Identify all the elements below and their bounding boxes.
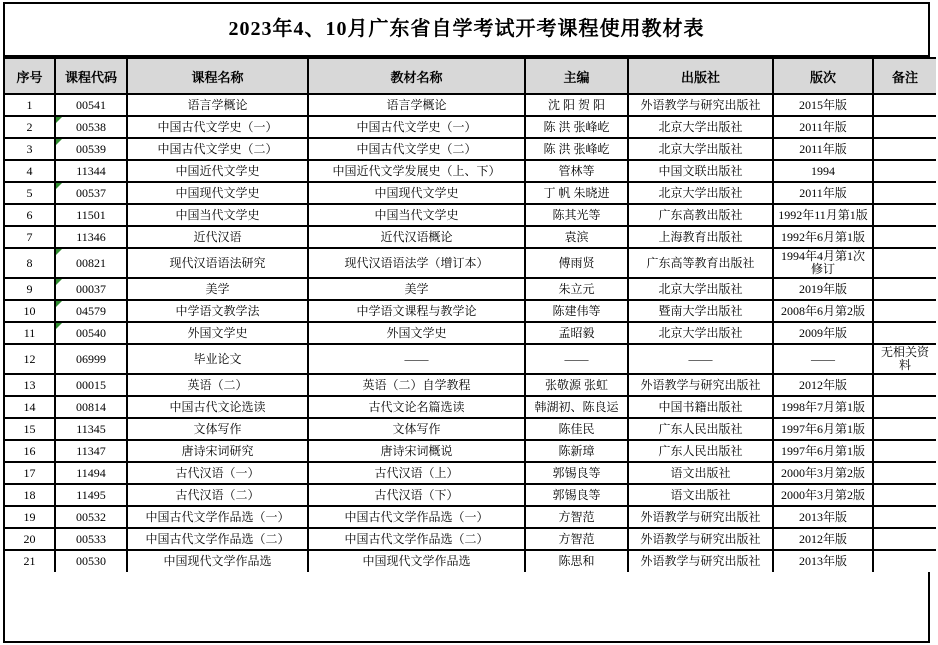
cell-index: 12 xyxy=(5,344,55,374)
text-stored-as-number-marker-icon xyxy=(56,323,62,329)
cell-publisher: 外语教学与研究出版社 xyxy=(628,506,773,528)
table-row: 1100540外国文学史外国文学史孟昭毅北京大学出版社2009年版 xyxy=(5,322,936,344)
cell-course: 现代汉语语法研究 xyxy=(127,248,308,278)
cell-remark xyxy=(873,204,936,226)
cell-course: 中国近代文学史 xyxy=(127,160,308,182)
cell-textbook: 中国现代文学史 xyxy=(308,182,525,204)
table-row: 200538中国古代文学史（一）中国古代文学史（一）陈 洪 张峰屹北京大学出版社… xyxy=(5,116,936,138)
cell-course: 古代汉语（一） xyxy=(127,462,308,484)
cell-index: 16 xyxy=(5,440,55,462)
table-row: 1611347唐诗宋词研究唐诗宋词概说陈新璋广东人民出版社1997年6月第1版 xyxy=(5,440,936,462)
cell-textbook: 语言学概论 xyxy=(308,94,525,116)
cell-publisher: —— xyxy=(628,344,773,374)
cell-edition: 2011年版 xyxy=(773,116,873,138)
cell-editor: 孟昭毅 xyxy=(525,322,628,344)
table-row: 611501中国当代文学史中国当代文学史陈其光等广东高教出版社1992年11月第… xyxy=(5,204,936,226)
cell-edition: —— xyxy=(773,344,873,374)
cell-edition: 2011年版 xyxy=(773,182,873,204)
cell-course: 中国古代文学史（二） xyxy=(127,138,308,160)
text-stored-as-number-marker-icon xyxy=(56,249,62,255)
cell-index: 2 xyxy=(5,116,55,138)
text-stored-as-number-marker-icon xyxy=(56,183,62,189)
cell-remark xyxy=(873,528,936,550)
cell-editor: 陈佳民 xyxy=(525,418,628,440)
table-row: 1004579中学语文教学法中学语文课程与教学论陈建伟等暨南大学出版社2008年… xyxy=(5,300,936,322)
cell-code: 11345 xyxy=(55,418,127,440)
cell-course: 中国古代文学作品选（一） xyxy=(127,506,308,528)
column-header-textbook: 教材名称 xyxy=(308,58,525,94)
text-stored-as-number-marker-icon xyxy=(56,279,62,285)
table-row: 1511345文体写作文体写作陈佳民广东人民出版社1997年6月第1版 xyxy=(5,418,936,440)
cell-edition: 2000年3月第2版 xyxy=(773,484,873,506)
cell-edition: 2019年版 xyxy=(773,278,873,300)
cell-editor: 朱立元 xyxy=(525,278,628,300)
cell-editor: 方智范 xyxy=(525,506,628,528)
cell-editor: 陈其光等 xyxy=(525,204,628,226)
cell-index: 8 xyxy=(5,248,55,278)
cell-code: 00015 xyxy=(55,374,127,396)
cell-course: 中国现代文学史 xyxy=(127,182,308,204)
cell-remark xyxy=(873,462,936,484)
cell-remark xyxy=(873,506,936,528)
cell-course: 中国古代文学作品选（二） xyxy=(127,528,308,550)
cell-remark xyxy=(873,160,936,182)
cell-course: 中国古代文论选读 xyxy=(127,396,308,418)
cell-editor: 陈 洪 张峰屹 xyxy=(525,116,628,138)
table-row: 1711494古代汉语（一）古代汉语（上）郭锡良等语文出版社2000年3月第2版 xyxy=(5,462,936,484)
cell-edition: 1994年4月第1次修订 xyxy=(773,248,873,278)
cell-code: 00540 xyxy=(55,322,127,344)
cell-code: 11344 xyxy=(55,160,127,182)
cell-edition: 2015年版 xyxy=(773,94,873,116)
cell-index: 14 xyxy=(5,396,55,418)
cell-editor: 陈 洪 张峰屹 xyxy=(525,138,628,160)
cell-code: 00539 xyxy=(55,138,127,160)
cell-course: 中国现代文学作品选 xyxy=(127,550,308,572)
table-row: 411344中国近代文学史中国近代文学发展史（上、下）管林等中国文联出版社199… xyxy=(5,160,936,182)
table-row: 2000533中国古代文学作品选（二）中国古代文学作品选（二）方智范外语教学与研… xyxy=(5,528,936,550)
cell-code: 00037 xyxy=(55,278,127,300)
document-title: 2023年4、10月广东省自学考试开考课程使用教材表 xyxy=(5,4,928,57)
cell-textbook: 中国现代文学作品选 xyxy=(308,550,525,572)
cell-publisher: 语文出版社 xyxy=(628,484,773,506)
column-header-code: 课程代码 xyxy=(55,58,127,94)
cell-remark xyxy=(873,248,936,278)
cell-edition: 1992年11月第1版 xyxy=(773,204,873,226)
cell-textbook: 中国古代文学作品选（一） xyxy=(308,506,525,528)
cell-publisher: 暨南大学出版社 xyxy=(628,300,773,322)
cell-index: 3 xyxy=(5,138,55,160)
cell-editor: 张敬源 张虹 xyxy=(525,374,628,396)
cell-course: 唐诗宋词研究 xyxy=(127,440,308,462)
cell-code: 04579 xyxy=(55,300,127,322)
cell-textbook: 中国古代文学史（一） xyxy=(308,116,525,138)
cell-course: 毕业论文 xyxy=(127,344,308,374)
cell-index: 1 xyxy=(5,94,55,116)
cell-remark xyxy=(873,322,936,344)
cell-editor: 丁 帆 朱晓进 xyxy=(525,182,628,204)
cell-publisher: 中国书籍出版社 xyxy=(628,396,773,418)
cell-code: 00814 xyxy=(55,396,127,418)
column-header-publisher: 出版社 xyxy=(628,58,773,94)
cell-edition: 1998年7月第1版 xyxy=(773,396,873,418)
cell-textbook: 文体写作 xyxy=(308,418,525,440)
cell-edition: 2009年版 xyxy=(773,322,873,344)
cell-textbook: 中国近代文学发展史（上、下） xyxy=(308,160,525,182)
cell-course: 古代汉语（二） xyxy=(127,484,308,506)
column-header-edition: 版次 xyxy=(773,58,873,94)
table-row: 1400814中国古代文论选读古代文论名篇选读韩湖初、陈良运中国书籍出版社199… xyxy=(5,396,936,418)
cell-textbook: 外国文学史 xyxy=(308,322,525,344)
table-body: 100541语言学概论语言学概论沈 阳 贺 阳外语教学与研究出版社2015年版2… xyxy=(5,94,936,572)
cell-index: 19 xyxy=(5,506,55,528)
cell-code: 11347 xyxy=(55,440,127,462)
table-row: 1900532中国古代文学作品选（一）中国古代文学作品选（一）方智范外语教学与研… xyxy=(5,506,936,528)
cell-index: 18 xyxy=(5,484,55,506)
cell-textbook: 近代汉语概论 xyxy=(308,226,525,248)
textbook-table-document: 2023年4、10月广东省自学考试开考课程使用教材表 序号课程代码课程名称教材名… xyxy=(3,2,930,643)
cell-course: 语言学概论 xyxy=(127,94,308,116)
cell-remark: 无相关资料 xyxy=(873,344,936,374)
cell-editor: 郭锡良等 xyxy=(525,484,628,506)
cell-editor: 陈新璋 xyxy=(525,440,628,462)
cell-edition: 1997年6月第1版 xyxy=(773,440,873,462)
cell-code: 11346 xyxy=(55,226,127,248)
table-row: 100541语言学概论语言学概论沈 阳 贺 阳外语教学与研究出版社2015年版 xyxy=(5,94,936,116)
cell-remark xyxy=(873,440,936,462)
cell-remark xyxy=(873,300,936,322)
cell-publisher: 外语教学与研究出版社 xyxy=(628,374,773,396)
cell-remark xyxy=(873,138,936,160)
cell-index: 11 xyxy=(5,322,55,344)
cell-editor: 袁滨 xyxy=(525,226,628,248)
cell-publisher: 北京大学出版社 xyxy=(628,278,773,300)
cell-code: 00533 xyxy=(55,528,127,550)
cell-textbook: 古代汉语（下） xyxy=(308,484,525,506)
text-stored-as-number-marker-icon xyxy=(56,139,62,145)
table-row: 1300015英语（二）英语（二）自学教程张敬源 张虹外语教学与研究出版社201… xyxy=(5,374,936,396)
cell-remark xyxy=(873,94,936,116)
cell-index: 13 xyxy=(5,374,55,396)
cell-editor: 方智范 xyxy=(525,528,628,550)
cell-course: 英语（二） xyxy=(127,374,308,396)
cell-publisher: 北京大学出版社 xyxy=(628,138,773,160)
table-row: 2100530中国现代文学作品选中国现代文学作品选陈思和外语教学与研究出版社20… xyxy=(5,550,936,572)
cell-editor: 郭锡良等 xyxy=(525,462,628,484)
cell-code: 00532 xyxy=(55,506,127,528)
cell-editor: 管林等 xyxy=(525,160,628,182)
cell-index: 6 xyxy=(5,204,55,226)
cell-edition: 2013年版 xyxy=(773,506,873,528)
cell-code: 00537 xyxy=(55,182,127,204)
cell-editor: —— xyxy=(525,344,628,374)
cell-textbook: 英语（二）自学教程 xyxy=(308,374,525,396)
cell-remark xyxy=(873,374,936,396)
cell-index: 5 xyxy=(5,182,55,204)
cell-editor: 傅雨贤 xyxy=(525,248,628,278)
cell-code: 11495 xyxy=(55,484,127,506)
cell-editor: 韩湖初、陈良运 xyxy=(525,396,628,418)
cell-remark xyxy=(873,116,936,138)
cell-publisher: 广东高教出版社 xyxy=(628,204,773,226)
cell-code: 00821 xyxy=(55,248,127,278)
cell-remark xyxy=(873,418,936,440)
text-stored-as-number-marker-icon xyxy=(56,301,62,307)
cell-textbook: 中国古代文学史（二） xyxy=(308,138,525,160)
cell-publisher: 广东人民出版社 xyxy=(628,418,773,440)
cell-publisher: 语文出版社 xyxy=(628,462,773,484)
cell-index: 17 xyxy=(5,462,55,484)
cell-textbook: 唐诗宋词概说 xyxy=(308,440,525,462)
column-header-course: 课程名称 xyxy=(127,58,308,94)
cell-editor: 沈 阳 贺 阳 xyxy=(525,94,628,116)
cell-edition: 2012年版 xyxy=(773,374,873,396)
cell-code: 11501 xyxy=(55,204,127,226)
cell-edition: 2013年版 xyxy=(773,550,873,572)
cell-editor: 陈建伟等 xyxy=(525,300,628,322)
cell-edition: 1992年6月第1版 xyxy=(773,226,873,248)
cell-textbook: 古代汉语（上） xyxy=(308,462,525,484)
course-textbook-table: 序号课程代码课程名称教材名称主编出版社版次备注 100541语言学概论语言学概论… xyxy=(5,57,936,572)
cell-publisher: 广东人民出版社 xyxy=(628,440,773,462)
cell-course: 文体写作 xyxy=(127,418,308,440)
cell-edition: 1997年6月第1版 xyxy=(773,418,873,440)
table-row: 1811495古代汉语（二）古代汉语（下）郭锡良等语文出版社2000年3月第2版 xyxy=(5,484,936,506)
table-row: 800821现代汉语语法研究现代汉语语法学（增订本）傅雨贤广东高等教育出版社19… xyxy=(5,248,936,278)
cell-textbook: —— xyxy=(308,344,525,374)
cell-publisher: 广东高等教育出版社 xyxy=(628,248,773,278)
cell-remark xyxy=(873,182,936,204)
cell-edition: 1994 xyxy=(773,160,873,182)
cell-course: 近代汉语 xyxy=(127,226,308,248)
column-header-index: 序号 xyxy=(5,58,55,94)
cell-course: 中国古代文学史（一） xyxy=(127,116,308,138)
table-header-row: 序号课程代码课程名称教材名称主编出版社版次备注 xyxy=(5,58,936,94)
table-row: 711346近代汉语近代汉语概论袁滨上海教育出版社1992年6月第1版 xyxy=(5,226,936,248)
cell-index: 20 xyxy=(5,528,55,550)
cell-textbook: 现代汉语语法学（增订本） xyxy=(308,248,525,278)
cell-remark xyxy=(873,550,936,572)
cell-remark xyxy=(873,484,936,506)
cell-publisher: 外语教学与研究出版社 xyxy=(628,550,773,572)
cell-publisher: 外语教学与研究出版社 xyxy=(628,528,773,550)
cell-course: 美学 xyxy=(127,278,308,300)
cell-publisher: 上海教育出版社 xyxy=(628,226,773,248)
cell-edition: 2011年版 xyxy=(773,138,873,160)
cell-textbook: 中学语文课程与教学论 xyxy=(308,300,525,322)
cell-index: 7 xyxy=(5,226,55,248)
cell-index: 21 xyxy=(5,550,55,572)
column-header-editor: 主编 xyxy=(525,58,628,94)
cell-course: 外国文学史 xyxy=(127,322,308,344)
text-stored-as-number-marker-icon xyxy=(56,117,62,123)
page: 2023年4、10月广东省自学考试开考课程使用教材表 序号课程代码课程名称教材名… xyxy=(0,0,938,645)
table-row: 1206999毕业论文————————无相关资料 xyxy=(5,344,936,374)
cell-publisher: 中国文联出版社 xyxy=(628,160,773,182)
table-row: 500537中国现代文学史中国现代文学史丁 帆 朱晓进北京大学出版社2011年版 xyxy=(5,182,936,204)
cell-publisher: 北京大学出版社 xyxy=(628,116,773,138)
cell-index: 10 xyxy=(5,300,55,322)
table-row: 300539中国古代文学史（二）中国古代文学史（二）陈 洪 张峰屹北京大学出版社… xyxy=(5,138,936,160)
cell-course: 中学语文教学法 xyxy=(127,300,308,322)
cell-textbook: 中国当代文学史 xyxy=(308,204,525,226)
column-header-remark: 备注 xyxy=(873,58,936,94)
cell-textbook: 古代文论名篇选读 xyxy=(308,396,525,418)
cell-edition: 2000年3月第2版 xyxy=(773,462,873,484)
cell-code: 11494 xyxy=(55,462,127,484)
cell-publisher: 外语教学与研究出版社 xyxy=(628,94,773,116)
table-row: 900037美学美学朱立元北京大学出版社2019年版 xyxy=(5,278,936,300)
cell-index: 15 xyxy=(5,418,55,440)
cell-remark xyxy=(873,396,936,418)
cell-remark xyxy=(873,278,936,300)
cell-code: 00530 xyxy=(55,550,127,572)
cell-code: 00541 xyxy=(55,94,127,116)
cell-code: 06999 xyxy=(55,344,127,374)
cell-edition: 2008年6月第2版 xyxy=(773,300,873,322)
cell-textbook: 美学 xyxy=(308,278,525,300)
cell-editor: 陈思和 xyxy=(525,550,628,572)
cell-course: 中国当代文学史 xyxy=(127,204,308,226)
cell-remark xyxy=(873,226,936,248)
cell-code: 00538 xyxy=(55,116,127,138)
cell-edition: 2012年版 xyxy=(773,528,873,550)
cell-index: 4 xyxy=(5,160,55,182)
cell-textbook: 中国古代文学作品选（二） xyxy=(308,528,525,550)
cell-index: 9 xyxy=(5,278,55,300)
cell-publisher: 北京大学出版社 xyxy=(628,182,773,204)
cell-publisher: 北京大学出版社 xyxy=(628,322,773,344)
